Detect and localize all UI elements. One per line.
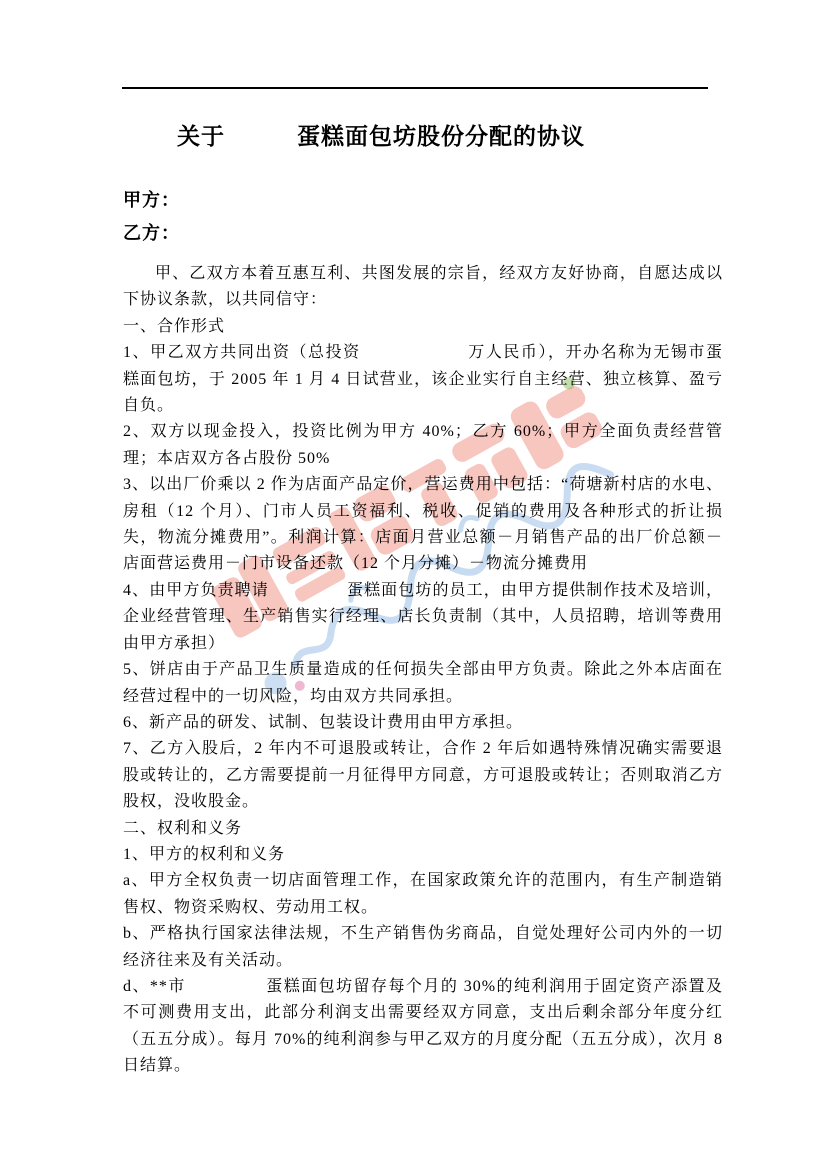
paragraph: a、甲方全权负责一切店面管理工作，在国家政策允许的范围内，有生产制造销售权、物资… xyxy=(123,868,723,921)
blank-field xyxy=(361,356,468,357)
paragraph: 二、权利和义务 xyxy=(123,816,723,842)
paragraph: 7、乙方入股后，2 年内不可退股或转让，合作 2 年后如遇特殊情况确实需要退股或… xyxy=(123,736,723,815)
document-page: 关于蛋糕面包坊股份分配的协议 甲方： 乙方： 甲、乙双方本着互惠互利、共图发展的… xyxy=(0,0,827,1169)
paragraph: 一、合作形式 xyxy=(123,314,723,340)
paragraph-text: 蛋糕面包坊留存每个月的 30%的纯利润用于固定资产添置及不可测费用支出，此部分利… xyxy=(123,978,723,1074)
blank-field xyxy=(269,594,347,595)
blank-field xyxy=(186,990,266,991)
party-b-label: 乙方： xyxy=(123,219,180,245)
paragraph: b、严格执行国家法律法规，不生产销售伪劣商品，自觉处理好公司内外的一切经济往来及… xyxy=(123,921,723,974)
paragraph: 3、以出厂价乘以 2 作为店面产品定价，营运费用中包括：“荷塘新村店的水电、房租… xyxy=(123,472,723,578)
paragraph-text: 5、饼店由于产品卫生质量造成的任何损失全部由甲方负责。除此之外本店面在经营过程中… xyxy=(123,661,723,704)
paragraph-text: 甲、乙双方本着互惠互利、共图发展的宗旨，经双方友好协商，自愿达成以下协议条款，以… xyxy=(123,265,723,308)
paragraph-text: 7、乙方入股后，2 年内不可退股或转让，合作 2 年后如遇特殊情况确实需要退股或… xyxy=(123,740,723,810)
paragraph: d、**市蛋糕面包坊留存每个月的 30%的纯利润用于固定资产添置及不可测费用支出… xyxy=(123,974,723,1080)
document-body: 甲、乙双方本着互惠互利、共图发展的宗旨，经双方友好协商，自愿达成以下协议条款，以… xyxy=(123,261,723,1080)
title-blank-field xyxy=(225,143,297,144)
paragraph: 5、饼店由于产品卫生质量造成的任何损失全部由甲方负责。除此之外本店面在经营过程中… xyxy=(123,657,723,710)
header-rule xyxy=(122,87,708,89)
paragraph-text: 一、合作形式 xyxy=(123,318,225,335)
paragraph-text: 6、新产品的研发、试制、包装设计费用由甲方承担。 xyxy=(123,714,523,731)
paragraph: 4、由甲方负责聘请蛋糕面包坊的员工，由甲方提供制作技术及培训，企业经营管理、生产… xyxy=(123,578,723,657)
paragraph-text: d、**市 xyxy=(123,978,186,995)
paragraph-text: a、甲方全权负责一切店面管理工作，在国家政策允许的范围内，有生产制造销售权、物资… xyxy=(123,872,723,915)
paragraph-text: 1、甲方的权利和义务 xyxy=(123,846,285,863)
paragraph-text: 4、由甲方负责聘请 xyxy=(123,582,269,599)
paragraph-text: 二、权利和义务 xyxy=(123,820,242,837)
document-title: 关于蛋糕面包坊股份分配的协议 xyxy=(123,118,709,151)
paragraph-text: 3、以出厂价乘以 2 作为店面产品定价，营运费用中包括：“荷塘新村店的水电、房租… xyxy=(123,476,723,572)
paragraph-text: 1、甲乙双方共同出资（总投资 xyxy=(123,344,361,361)
party-a-label: 甲方： xyxy=(123,186,180,212)
paragraph: 1、甲方的权利和义务 xyxy=(123,842,723,868)
paragraph: 6、新产品的研发、试制、包装设计费用由甲方承担。 xyxy=(123,710,723,736)
paragraph: 甲、乙双方本着互惠互利、共图发展的宗旨，经双方友好协商，自愿达成以下协议条款，以… xyxy=(123,261,723,314)
paragraph: 2、双方以现金投入，投资比例为甲方 40%；乙方 60%；甲方全面负责经营管理；… xyxy=(123,419,723,472)
paragraph-text: b、严格执行国家法律法规，不生产销售伪劣商品，自觉处理好公司内外的一切经济往来及… xyxy=(123,925,723,968)
title-main: 蛋糕面包坊股份分配的协议 xyxy=(297,123,585,149)
paragraph-text: 2、双方以现金投入，投资比例为甲方 40%；乙方 60%；甲方全面负责经营管理；… xyxy=(123,423,723,466)
paragraph: 1、甲乙双方共同出资（总投资万人民币），开办名称为无锡市蛋糕面包坊，于 2005… xyxy=(123,340,723,419)
title-prefix: 关于 xyxy=(177,123,225,149)
